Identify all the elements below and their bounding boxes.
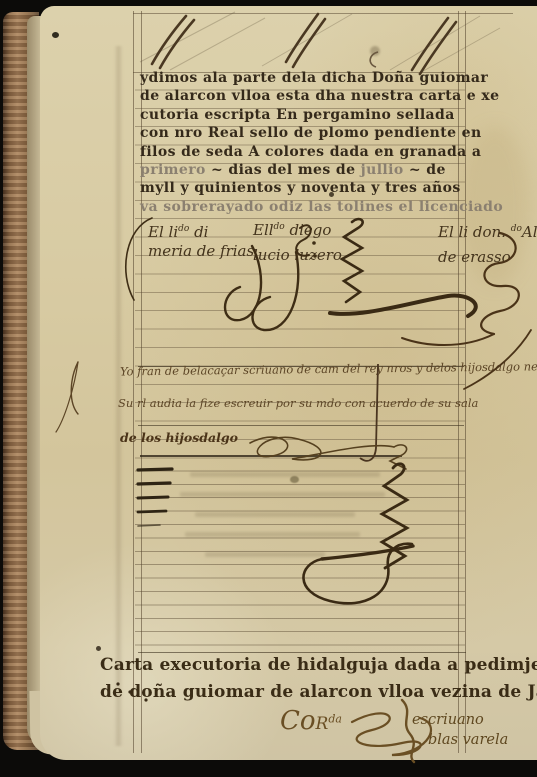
heavy-underline [140, 455, 402, 457]
text-line: cutoria escripta En pergamino sellada [140, 106, 466, 124]
signature-erasso: El li don. doAlo de erasso [438, 220, 537, 267]
ink-dot [96, 646, 101, 651]
show-through-text [180, 492, 385, 497]
text-line-inserted-date: primero ~ dias del mes de jullio ~ de [140, 161, 466, 179]
text-line: myll y quinientos y noventa y tres años [140, 179, 466, 197]
parchment-page: ydimos ala parte dela dicha Doña guiomar… [40, 6, 537, 760]
scribal-correction-note: va sobrerayado odiz las tolines el licen… [140, 198, 466, 216]
show-through-text [195, 512, 355, 517]
main-text-block: ydimos ala parte dela dicha Doña guiomar… [140, 69, 466, 216]
text-line: de alarcon vlloa esta dha nuestra carta … [140, 87, 466, 105]
ink-stain [370, 46, 380, 56]
signature-lucio-luzero: Elldo diego lucio luzero [253, 218, 342, 265]
text-line: ydimos ala parte dela dicha Doña guiomar [140, 69, 466, 87]
notary-subscription-line2: Su rl audia la fize escreuir por su mdo … [118, 396, 458, 410]
text-line: filos de seda A colores dada en granada … [140, 143, 466, 161]
show-through-text [205, 552, 325, 557]
show-through-text [185, 532, 360, 537]
speck [52, 32, 59, 38]
archival-title: Carta executoria de hidalguja dada a ped… [100, 652, 537, 706]
top-frame-rule [133, 13, 513, 14]
text-line: con nro Real sello de plomo pendiente en [140, 124, 466, 142]
show-through-text [190, 472, 380, 477]
heavy-rule [138, 425, 464, 426]
scribe-name: blas varela [428, 732, 508, 748]
concuerda-note: CoRda [280, 706, 342, 736]
notary-subscription-line3: de los hijosdalgo [120, 430, 238, 445]
scribe-title: escriuano [412, 712, 484, 728]
archival-title-line1: Carta executoria de hidalguja dada a ped… [100, 652, 537, 679]
margin-rule-left-outer [133, 11, 134, 753]
signature-frias: El lido di meria de frias [148, 220, 254, 261]
manuscript-photo: ydimos ala parte dela dicha Doña guiomar… [0, 0, 537, 777]
archival-title-line2: de doña guiomar de alarcon vlloa vezina … [100, 679, 537, 706]
